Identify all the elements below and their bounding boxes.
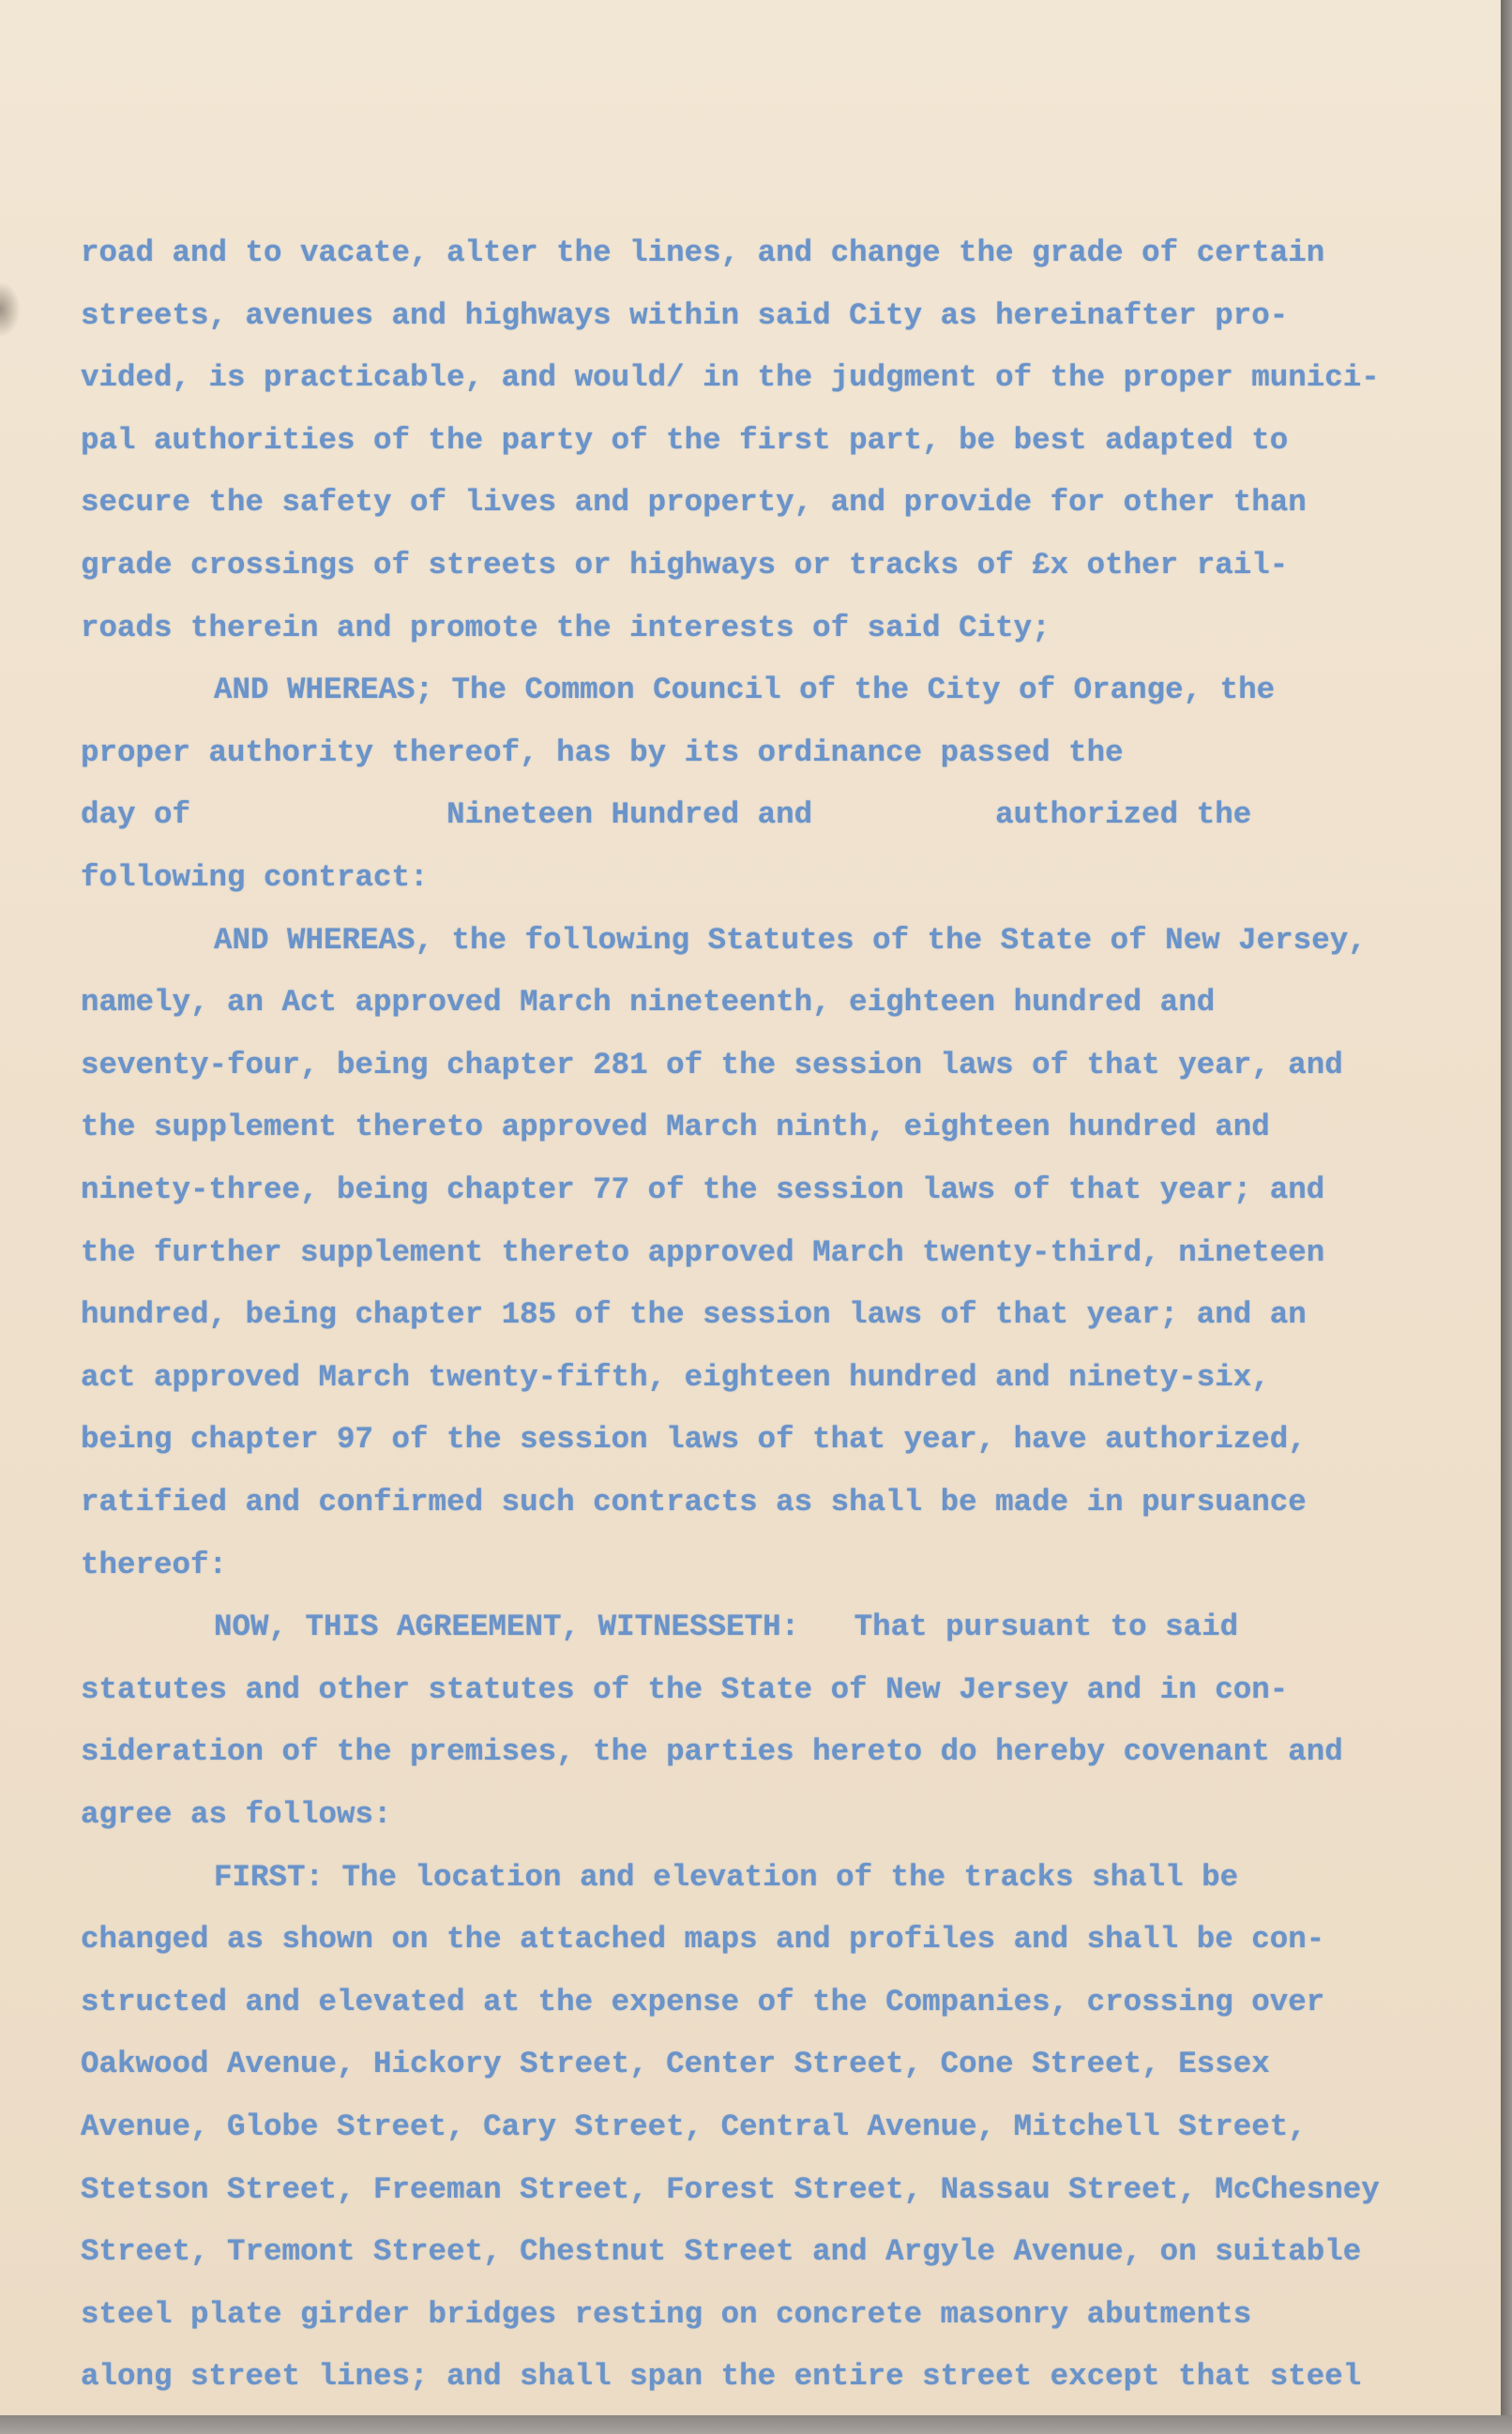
document-page: road and to vacate, alter the lines, and… [0, 0, 1501, 2415]
text-line: sideration of the premises, the parties … [81, 1733, 1343, 1771]
text-line: the further supplement thereto approved … [81, 1234, 1324, 1272]
text-line: seventy-four, being chapter 281 of the s… [81, 1047, 1343, 1084]
text-line: pal authorities of the party of the firs… [81, 422, 1288, 460]
text-line: Avenue, Globe Street, Cary Street, Centr… [81, 2109, 1307, 2146]
text-line: AND WHEREAS; The Common Council of the C… [214, 672, 1275, 709]
text-line: changed as shown on the attached maps an… [81, 1921, 1324, 1958]
text-line: being chapter 97 of the session laws of … [81, 1421, 1307, 1459]
text-line: namely, an Act approved March nineteenth… [81, 984, 1215, 1021]
text-line: agree as follows: [81, 1796, 392, 1834]
text-line: road and to vacate, alter the lines, and… [81, 234, 1324, 272]
text-line: along street lines; and shall span the e… [81, 2358, 1361, 2396]
text-line: Oakwood Avenue, Hickory Street, Center S… [81, 2046, 1270, 2083]
scan-edge-bottom [0, 2415, 1512, 2434]
text-line: FIRST: The location and elevation of the… [214, 1859, 1238, 1897]
text-line: AND WHEREAS, the following Statutes of t… [214, 922, 1367, 960]
page-smudge [0, 281, 21, 338]
text-line: proper authority thereof, has by its ord… [81, 734, 1124, 772]
text-line: Street, Tremont Street, Chestnut Street … [81, 2233, 1361, 2271]
text-line: statutes and other statutes of the State… [81, 1671, 1288, 1709]
text-line: vided, is practicable, and would/ in the… [81, 359, 1380, 397]
text-line: ninety-three, being chapter 77 of the se… [81, 1172, 1324, 1209]
text-line: thereof: [81, 1547, 227, 1584]
text-line: steel plate girder bridges resting on co… [81, 2296, 1251, 2334]
text-line: the supplement thereto approved March ni… [81, 1109, 1270, 1146]
text-line: Stetson Street, Freeman Street, Forest S… [81, 2171, 1380, 2209]
text-line: structed and elevated at the expense of … [81, 1984, 1324, 2021]
text-line: roads therein and promote the interests … [81, 610, 1051, 647]
text-line: ratified and confirmed such contracts as… [81, 1484, 1307, 1521]
text-line: grade crossings of streets or highways o… [81, 547, 1288, 584]
text-line: act approved March twenty-fifth, eightee… [81, 1359, 1270, 1397]
text-line: following contract: [81, 859, 429, 897]
text-line: hundred, being chapter 185 of the sessio… [81, 1296, 1307, 1334]
text-line: day of Nineteen Hundred and authorized t… [81, 796, 1251, 834]
text-line: NOW, THIS AGREEMENT, WITNESSETH: That pu… [214, 1609, 1238, 1646]
text-line: streets, avenues and highways within sai… [81, 297, 1288, 335]
text-line: secure the safety of lives and property,… [81, 484, 1307, 522]
scan-edge-right [1501, 0, 1512, 2434]
